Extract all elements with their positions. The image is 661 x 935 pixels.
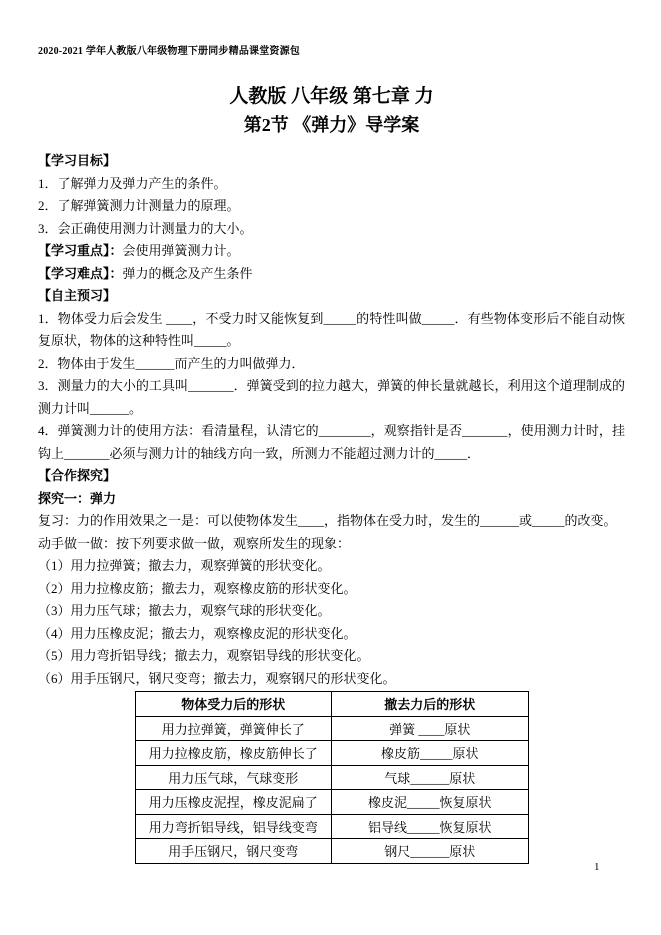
table-cell: 用手压钢尺，钢尺变弯 [135,839,332,864]
table-cell: 用力拉橡皮筋，橡皮筋伸长了 [135,741,332,766]
preview-item-3: 3．测量力的大小的工具叫_______．弹簧受到的拉力越大，弹簧的伸长量就越长，… [38,375,625,420]
page-subtitle: 第2节 《弹力》导学案 [38,111,625,140]
table-cell: 橡皮筋_____原状 [332,741,529,766]
table-cell: 橡皮泥_____恢复原状 [332,790,529,815]
document-page: 2020-2021 学年人教版八年级物理下册同步精品课堂资源包 人教版 八年级 … [0,0,661,935]
table-row: 用手压钢尺，钢尺变弯 钢尺______原状 [135,839,528,864]
table-cell: 用力压气球，气球变形 [135,765,332,790]
hands-on-line: 动手做一做：按下列要求做一做，观察所发生的现象： [38,533,625,556]
experiment-item-3: （3）用力压气球；撤去力，观察气球的形状变化。 [38,600,625,623]
table-cell: 用力拉弹簧，弹簧伸长了 [135,716,332,741]
experiment-item-5: （5）用力弯折铝导线；撤去力，观察铝导线的形状变化。 [38,645,625,668]
experiment-item-6: （6）用手压钢尺，钢尺变弯；撤去力，观察钢尺的形状变化。 [38,668,625,691]
table-header-shape-after-force-removed: 撤去力后的形状 [332,692,529,717]
objective-item-3: 3．会正确使用测力计测量力的大小。 [38,218,625,241]
key-point-text: 会使用弹簧测力计。 [123,243,240,258]
table-cell: 用力弯折铝导线，铝导线变弯 [135,814,332,839]
experiment-item-1: （1）用力拉弹簧；撤去力，观察弹簧的形状变化。 [38,555,625,578]
page-title: 人教版 八年级 第七章 力 [38,82,625,111]
deformation-observation-table: 物体受力后的形状 撤去力后的形状 用力拉弹簧，弹簧伸长了 弹簧 ____原状 用… [135,691,529,864]
experiment-item-4: （4）用力压橡皮泥；撤去力，观察橡皮泥的形状变化。 [38,623,625,646]
heading-cooperative-inquiry: 【合作探究】 [38,465,625,488]
table-cell: 钢尺______原状 [332,839,529,864]
table-header-shape-under-force: 物体受力后的形状 [135,692,332,717]
page-number: 1 [594,861,600,873]
difficulty-line: 【学习难点】：弹力的概念及产生条件 [38,263,625,286]
table-cell: 铝导线_____恢复原状 [332,814,529,839]
heading-key-point: 【学习重点】： [38,243,123,258]
heading-self-preview: 【自主预习】 [38,285,625,308]
objective-item-1: 1．了解弹力及弹力产生的条件。 [38,173,625,196]
table-cell: 气球______原状 [332,765,529,790]
difficulty-text: 弹力的概念及产生条件 [123,266,253,281]
heading-difficulty: 【学习难点】： [38,266,123,281]
key-point-line: 【学习重点】：会使用弹簧测力计。 [38,240,625,263]
table-cell: 用力压橡皮泥捏，橡皮泥扁了 [135,790,332,815]
experiment-item-2: （2）用力拉橡皮筋；撤去力，观察橡皮筋的形状变化。 [38,578,625,601]
doc-header: 2020-2021 学年人教版八年级物理下册同步精品课堂资源包 [38,45,625,58]
table-row: 用力拉弹簧，弹簧伸长了 弹簧 ____原状 [135,716,528,741]
table-cell: 弹簧 ____原状 [332,716,529,741]
table-row: 用力弯折铝导线，铝导线变弯 铝导线_____恢复原状 [135,814,528,839]
preview-item-1: 1．物体受力后会发生 ____，不受力时又能恢复到_____的特性叫做_____… [38,308,625,353]
preview-item-4: 4．弹簧测力计的使用方法：看清量程，认清它的________，观察指针是否___… [38,420,625,465]
heading-learning-objectives: 【学习目标】 [38,150,625,173]
review-line: 复习：力的作用效果之一是：可以使物体发生____，指物体在受力时，发生的____… [38,510,625,533]
subheading-inquiry-1-elastic-force: 探究一：弹力 [38,488,625,511]
preview-item-2: 2．物体由于发生______而产生的力叫做弹力． [38,353,625,376]
table-row: 用力压气球，气球变形 气球______原状 [135,765,528,790]
table-header-row: 物体受力后的形状 撤去力后的形状 [135,692,528,717]
table-row: 用力拉橡皮筋，橡皮筋伸长了 橡皮筋_____原状 [135,741,528,766]
objective-item-2: 2．了解弹簧测力计测量力的原理。 [38,195,625,218]
table-row: 用力压橡皮泥捏，橡皮泥扁了 橡皮泥_____恢复原状 [135,790,528,815]
